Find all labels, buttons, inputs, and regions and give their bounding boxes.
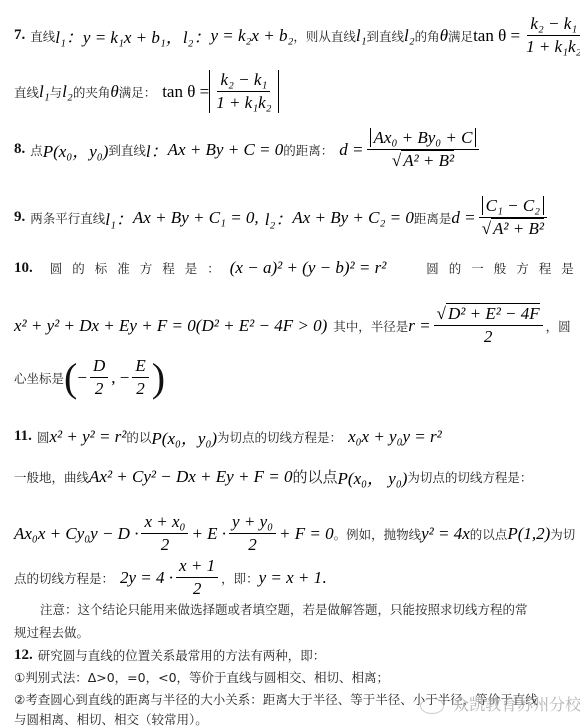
watermark: 众凯教育苏州分校 — [420, 692, 580, 715]
item7-line2: 直线 l₁ 与 l₂ 的夹角 θ 满足： tan θ = k₂ − k₁ 1 +… — [14, 70, 279, 113]
item11-line2: 一般地，曲线 Ax² + Cy² − Dx + Ey + F = 0 的以点 P… — [14, 464, 532, 489]
item-number: 7. — [14, 27, 25, 44]
item11-line3: Ax₀x + Cy₀y − D · x + x₀ 2 + E · y + y₀ … — [14, 512, 575, 555]
item7-line1: 7. 直线 l₁： y = k₁x + b₁， l₂： y = k₂x + b₂… — [14, 14, 580, 57]
item10-line1: 10. 圆的标准方程是： (x − a)² + (y − b)² = r² 圆的… — [14, 258, 580, 278]
item11-line4: 点的切线方程是： 2y = 4 · x + 1 2 ，即： y = x + 1 … — [14, 556, 326, 599]
item11-line1: 11. 圆 x² + y² = r² 的以 P(x₀，y₀) 为切点的切线方程是… — [14, 424, 442, 449]
absolute-value: k₂ − k₁ 1 + k₁k₂ — [209, 70, 278, 113]
item9: 9. 两条平行直线 l₁： Ax + By + C₁ = 0, l₂： Ax +… — [14, 196, 550, 239]
item10-line3: 心坐标是 ( − D 2 , − E 2 ) — [14, 356, 165, 399]
parallel-distance-fraction: C₁ − C₂ √A² + B² — [479, 196, 547, 239]
line1-equation: y = k₁x + b₁， — [83, 23, 183, 48]
item12-method2-line2: 与圆相离、相切、相交（较常用）。 — [14, 710, 208, 726]
item12-method1: ①判别式法：Δ>0，=0，<0，等价于直线与圆相交、相切、相离； — [14, 668, 389, 686]
item12-intro: 12. 研究圆与直线的位置关系最常用的方法有两种，即： — [14, 646, 325, 664]
line2-equation: y = k₂x + b₂ — [210, 26, 293, 46]
distance-fraction: Ax₀ + By₀ + C √A² + B² — [367, 128, 480, 171]
note-line1: 注意：这个结论只能用来做选择题或者填空题，若是做解答题，只能按照求切线方程的常 — [40, 600, 528, 618]
wechat-icon — [420, 698, 444, 714]
item10-line2: x² + y² + Dx + Ey + F = 0(D² + E² − 4F >… — [14, 304, 571, 347]
item8: 8. 点 P(x₀，y₀) 到直线 l： Ax + By + C = 0 的距离… — [14, 128, 482, 171]
note-line2: 规过程去做。 — [14, 623, 89, 641]
tan-fraction: k₂ − k₁ 1 + k₁k₂ — [523, 14, 580, 57]
radius-fraction: √D² + E² − 4F 2 — [434, 304, 543, 347]
